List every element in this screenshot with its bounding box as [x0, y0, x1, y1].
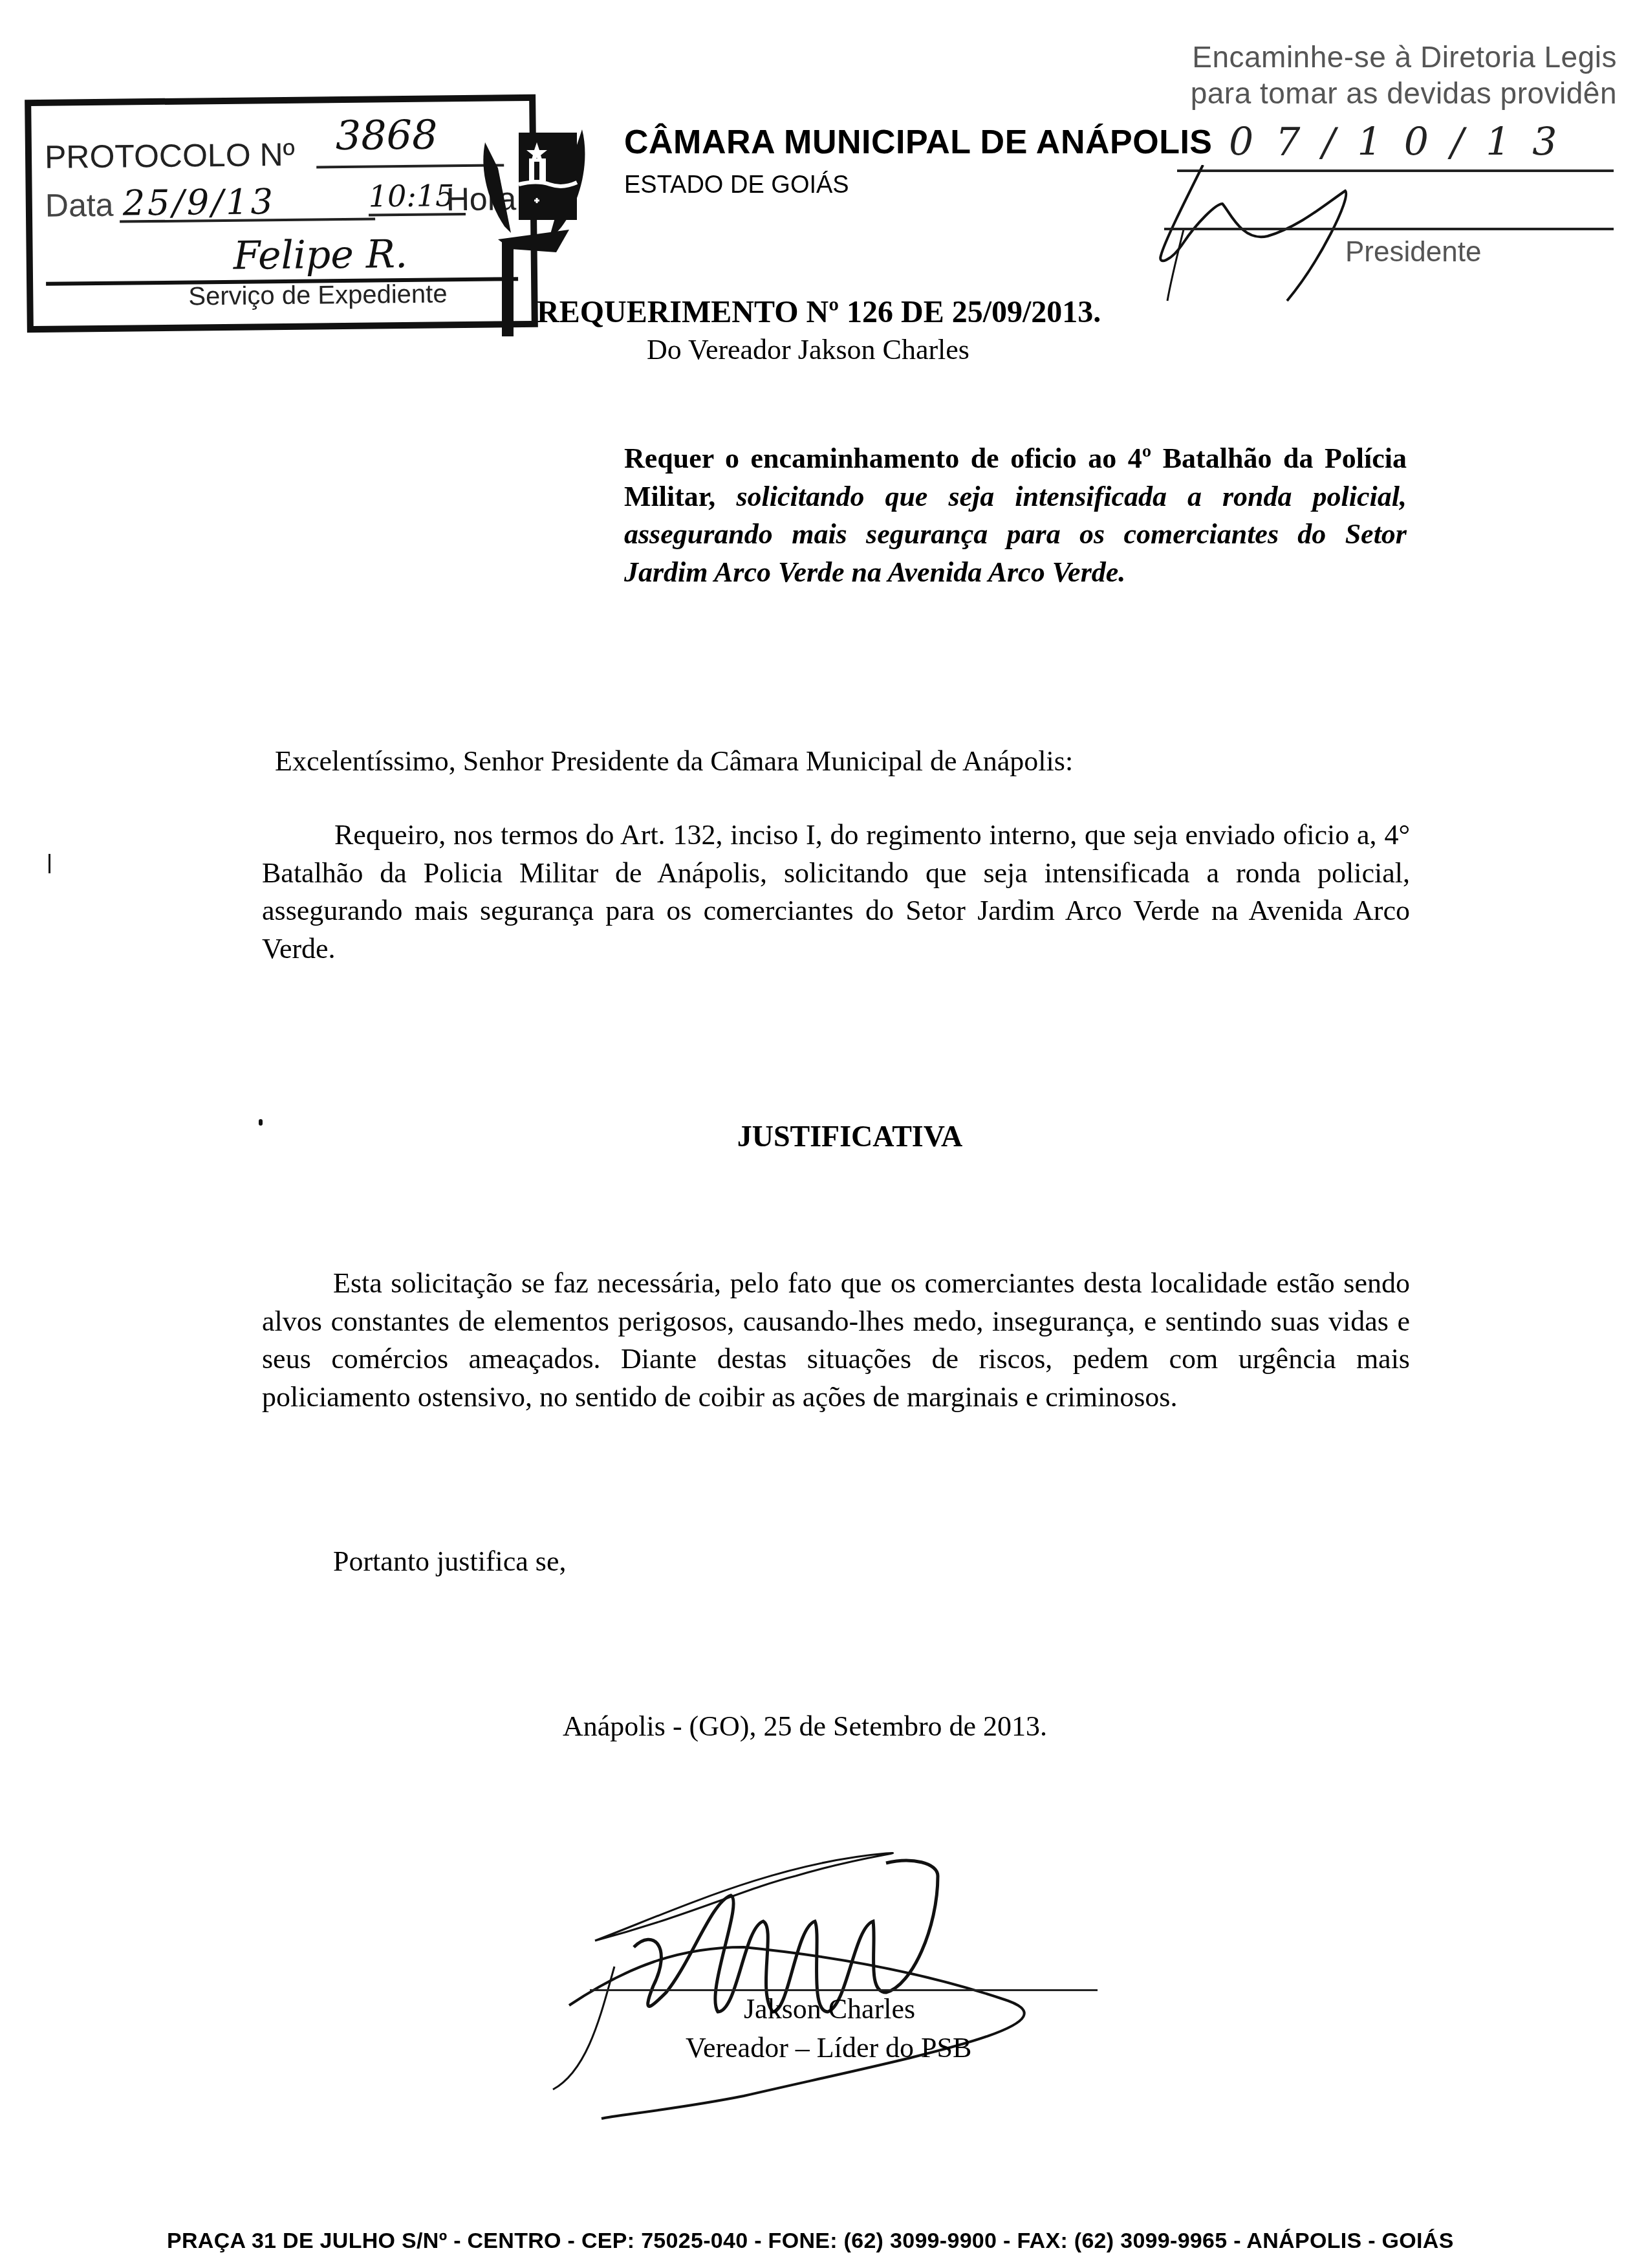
date-label: Data [45, 186, 114, 224]
document-author: Do Vereador Jakson Charles [647, 333, 969, 366]
department-label: Serviço de Expediente [188, 279, 448, 311]
protocol-number-line [316, 164, 504, 168]
protocol-number: 3868 [335, 111, 438, 159]
dispatch-line-2: para tomar as devidas providên [1151, 75, 1617, 111]
ementa: Requer o encaminhamento de oficio ao 4º … [624, 440, 1407, 591]
ementa-italic-text: solicitando que seja intensificada a ron… [624, 481, 1407, 588]
closing-text: Portanto justifica se, [333, 1543, 567, 1581]
president-label: Presidente [1345, 236, 1481, 268]
signatory-role: Vereador – Líder do PSB [686, 2031, 971, 2064]
salutation: Excelentíssimo, Senhor Presidente da Câm… [275, 743, 1073, 781]
president-signature-line [1164, 228, 1614, 230]
protocol-stamp: PROTOCOLO Nº 3868 Data 25/9/13 10:15 Hor… [25, 94, 538, 333]
dispatch-date: 07/10/13 [1229, 120, 1579, 165]
scan-mark [259, 1119, 263, 1126]
signature-line [590, 1989, 1098, 1991]
date-value: 25/9/13 [122, 181, 276, 223]
signatory-name: Jakson Charles [744, 1992, 915, 2025]
protocol-label: PROTOCOLO Nº [45, 136, 295, 176]
receiver-initials: Felipe R. [233, 232, 407, 279]
time-value: 10:15 [368, 178, 454, 213]
scan-mark [49, 854, 50, 873]
request-paragraph: Requeiro, nos termos do Art. 132, inciso… [262, 816, 1410, 968]
dispatch-note: Encaminhe-se à Diretoria Legis para toma… [1151, 39, 1617, 111]
justification-title: JUSTIFICATIVA [0, 1119, 1635, 1153]
councilor-signature-icon [550, 1798, 1164, 2122]
dispatch-line-1: Encaminhe-se à Diretoria Legis [1151, 39, 1617, 75]
place-date: Anápolis - (GO), 25 de Setembro de 2013. [563, 1708, 1047, 1746]
document-title: REQUERIMENTO Nº 126 DE 25/09/2013. [537, 294, 1101, 330]
justification-paragraph: Esta solicitação se faz necessária, pelo… [262, 1265, 1410, 1416]
organization-name: CÂMARA MUNICIPAL DE ANÁPOLIS [624, 123, 1213, 162]
organization-state: ESTADO DE GOIÁS [624, 171, 849, 199]
footer-address: PRAÇA 31 DE JULHO S/Nº - CENTRO - CEP: 7… [167, 2229, 1454, 2254]
